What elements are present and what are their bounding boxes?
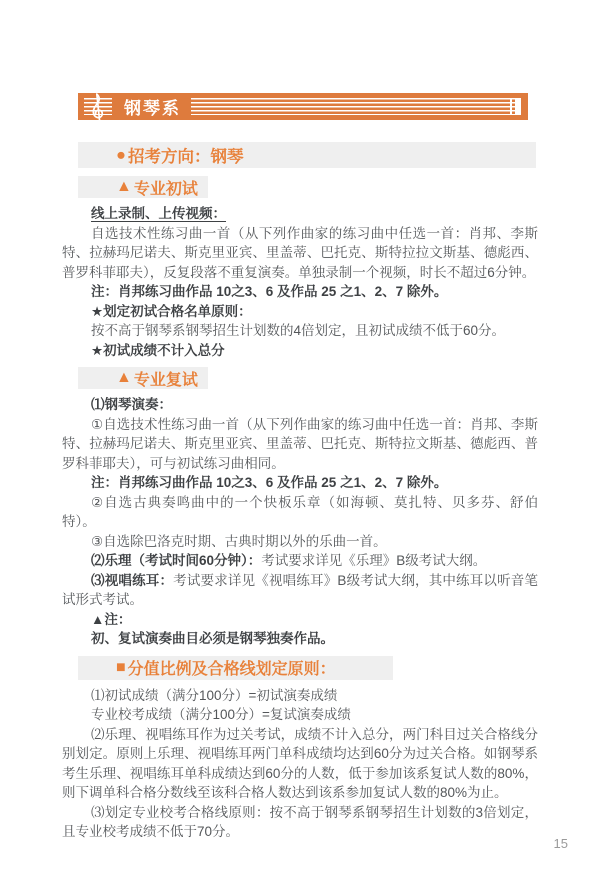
retest-item-1: ①自选技术性练习曲一首（从下列作曲家的练习曲中任选一首：肖邦、李斯特、拉赫玛尼诺…	[62, 415, 538, 474]
triangle-bullet-icon: ▲	[116, 369, 132, 387]
section-preliminary-header: ▲ 专业初试	[78, 176, 208, 198]
banner-title: 钢琴系	[124, 94, 181, 119]
shortlist-rule-title: ★划定初试合格名单原则：	[62, 302, 538, 322]
scoring-title: 分值比例及合格线划定原则：	[128, 656, 336, 679]
page-number: 15	[554, 836, 568, 851]
treble-clef-icon	[88, 92, 105, 128]
retest-title: 专业复试	[134, 367, 198, 390]
preliminary-note: 注：肖邦练习曲作品 10之3、6 及作品 25 之1、2、7 除外。	[62, 282, 538, 302]
section-scoring-header: ■ 分值比例及合格线划定原则：	[78, 656, 393, 680]
direction-label: 招考方向：钢琴	[128, 143, 244, 167]
staff-lines-right	[191, 98, 521, 115]
section-direction-header: ● 招考方向：钢琴	[78, 142, 536, 168]
retest-piano-title: ⑴钢琴演奏：	[62, 395, 538, 415]
circle-bullet-icon: ●	[116, 146, 126, 165]
document-page: 钢琴系 ● 招考方向：钢琴 ▲ 专业初试 线上录制、上传视频： 自选技术性练习曲…	[0, 0, 600, 842]
preliminary-title: 专业初试	[134, 176, 198, 199]
theory-text: 考试要求详见《乐理》B级考试大纲。	[261, 553, 486, 568]
retest-item-2: ②自选古典奏鸣曲中的一个快板乐章（如海顿、莫扎特、贝多芬、舒伯特）。	[62, 493, 538, 532]
preliminary-repertoire: 自选技术性练习曲一首（从下列作曲家的练习曲中任选一首：肖邦、李斯特、拉赫玛尼诺夫…	[62, 224, 538, 283]
final-barline-thick-icon	[515, 98, 521, 115]
final-barline-thin-icon	[510, 98, 512, 115]
retest-note: 注：肖邦练习曲作品 10之3、6 及作品 25 之1、2、7 除外。	[62, 473, 538, 493]
scoring-p3: ⑵乐理、视唱练耳作为过关考试，成绩不计入总分，两门科目过关合格线分别划定。原则上…	[62, 725, 538, 803]
retest-note2-title: ▲注：	[62, 610, 538, 630]
triangle-bullet-icon: ▲	[116, 178, 132, 196]
preliminary-score-note: ★初试成绩不计入总分	[62, 341, 538, 361]
shortlist-rule: 按不高于钢琴系钢琴招生计划数的4倍划定，且初试成绩不低于60分。	[62, 321, 538, 341]
square-bullet-icon: ■	[116, 659, 126, 677]
upload-heading: 线上录制、上传视频：	[62, 204, 538, 224]
scoring-p4: ⑶划定专业校考合格线原则：按不高于钢琴系钢琴招生计划数的3倍划定，且专业校考成绩…	[62, 803, 538, 842]
section-retest-header: ▲ 专业复试	[78, 367, 208, 389]
staff-lines-left	[84, 98, 112, 115]
scoring-p2: 专业校考成绩（满分100分）=复试演奏成绩	[62, 705, 538, 725]
theory-label: ⑵乐理（考试时间60分钟）：	[91, 553, 261, 568]
retest-theory: ⑵乐理（考试时间60分钟）：考试要求详见《乐理》B级考试大纲。	[62, 551, 538, 571]
scoring-p1: ⑴初试成绩（满分100分）=初试演奏成绩	[62, 686, 538, 706]
eartraining-label: ⑶视唱练耳：	[91, 573, 173, 588]
retest-note2: 初、复试演奏曲目必须是钢琴独奏作品。	[62, 629, 538, 649]
retest-item-3: ③自选除巴洛克时期、古典时期以外的乐曲一首。	[62, 532, 538, 552]
retest-eartraining: ⑶视唱练耳：考试要求详见《视唱练耳》B级考试大纲，其中练耳以听音笔试形式考试。	[62, 571, 538, 610]
department-banner: 钢琴系	[78, 93, 528, 120]
